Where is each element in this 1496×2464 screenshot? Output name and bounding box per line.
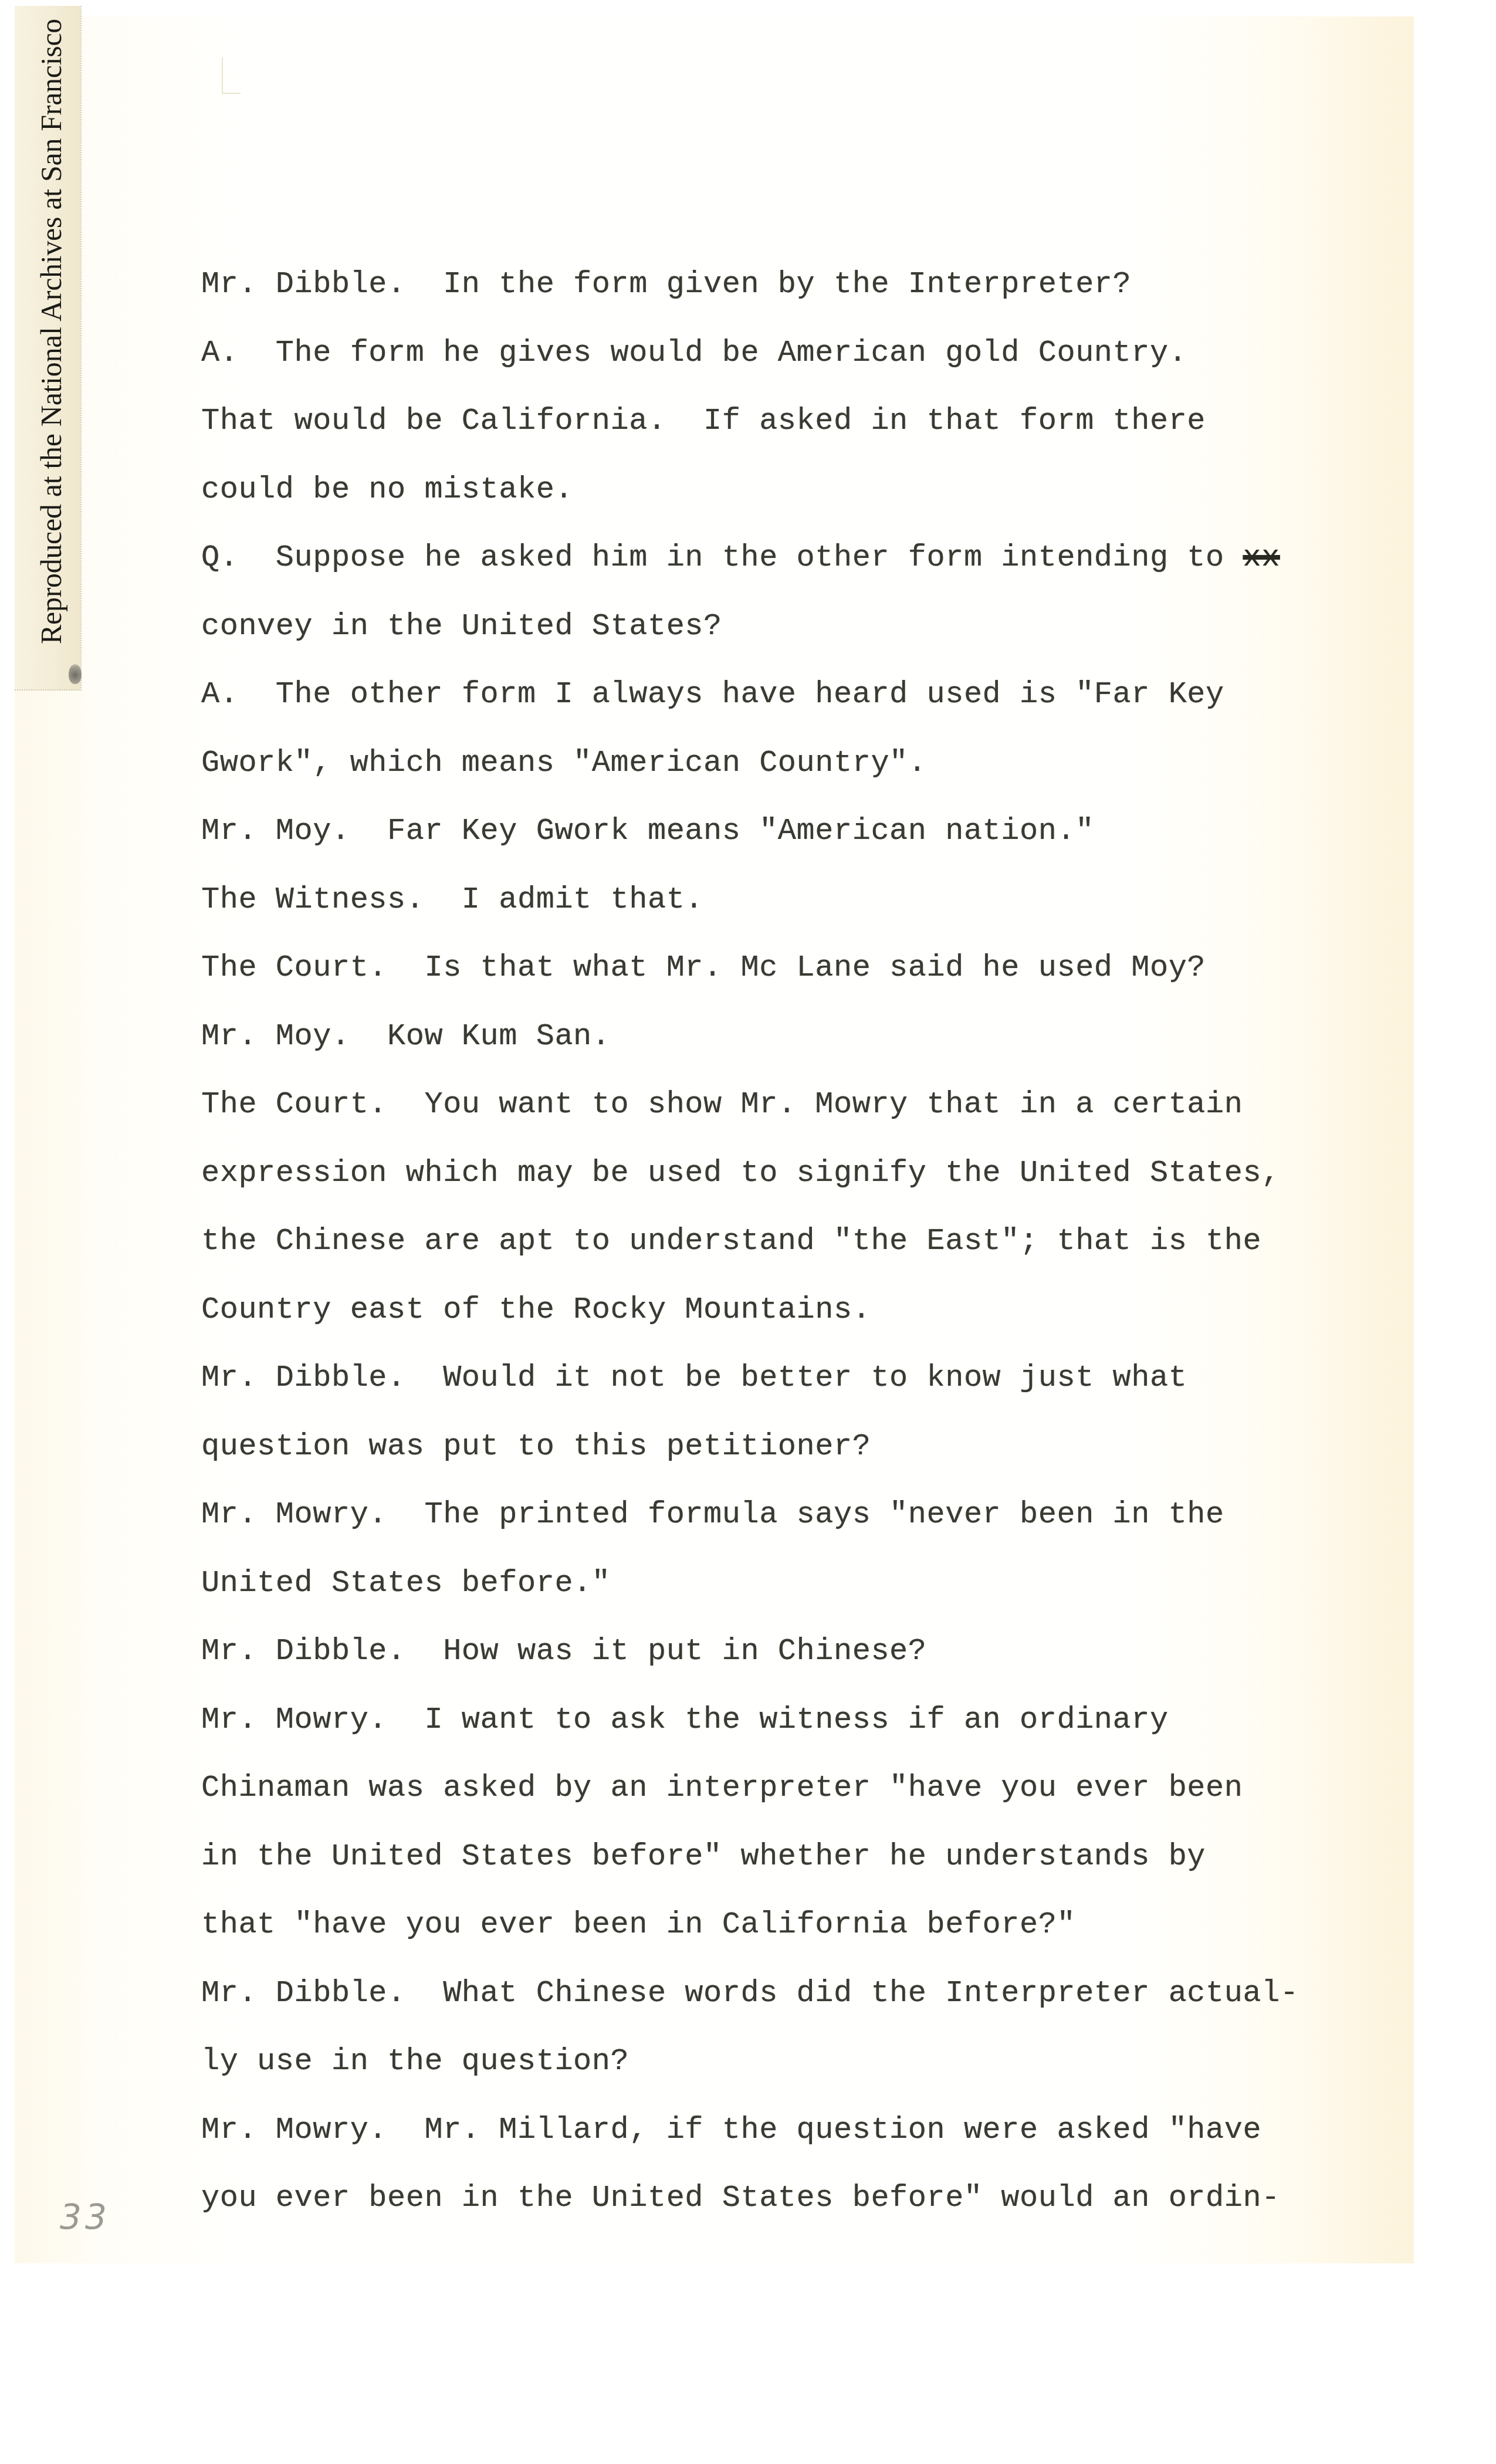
- transcript-line: convey in the United States?: [201, 609, 1299, 678]
- transcript-line: Mr. Mowry. I want to ask the witness if …: [201, 1703, 1299, 1771]
- transcript-line: That would be California. If asked in th…: [201, 404, 1299, 472]
- transcript-line: Q. Suppose he asked him in the other for…: [201, 540, 1299, 609]
- handwritten-corner-mark: [222, 57, 241, 94]
- transcript-line: Mr. Mowry. The printed formula says "nev…: [201, 1497, 1299, 1566]
- transcript-line: Gwork", which means "American Country".: [201, 746, 1299, 814]
- tape-blemish: [69, 664, 82, 684]
- transcript-line: Mr. Mowry. Mr. Millard, if the question …: [201, 2113, 1299, 2181]
- transcript-line: Chinaman was asked by an interpreter "ha…: [201, 1771, 1299, 1839]
- transcript-body: Mr. Dibble. In the form given by the Int…: [201, 267, 1299, 2249]
- handwritten-page-number: 33: [60, 2197, 110, 2237]
- transcript-line: A. The other form I always have heard us…: [201, 677, 1299, 746]
- transcript-line: you ever been in the United States befor…: [201, 2181, 1299, 2249]
- transcript-line: The Witness. I admit that.: [201, 882, 1299, 951]
- transcript-line-text: Q. Suppose he asked him in the other for…: [201, 540, 1224, 575]
- transcript-line: expression which may be used to signify …: [201, 1156, 1299, 1224]
- transcript-line: A. The form he gives would be American g…: [201, 336, 1299, 404]
- transcript-line: could be no mistake.: [201, 472, 1299, 541]
- transcript-line: The Court. You want to show Mr. Mowry th…: [201, 1087, 1299, 1156]
- struck-out-text: xx: [1243, 540, 1280, 575]
- transcript-line: Mr. Dibble. In the form given by the Int…: [201, 267, 1299, 336]
- transcript-line: Mr. Dibble. Would it not be better to kn…: [201, 1360, 1299, 1429]
- transcript-line: Mr. Dibble. How was it put in Chinese?: [201, 1634, 1299, 1703]
- transcript-line: Country east of the Rocky Mountains.: [201, 1292, 1299, 1361]
- transcript-line: United States before.": [201, 1566, 1299, 1634]
- transcript-line: Mr. Dibble. What Chinese words did the I…: [201, 1976, 1299, 2045]
- transcript-line: the Chinese are apt to understand "the E…: [201, 1224, 1299, 1292]
- transcript-line: Mr. Moy. Kow Kum San.: [201, 1019, 1299, 1088]
- transcript-line: that "have you ever been in California b…: [201, 1907, 1299, 1976]
- transcript-line: ly use in the question?: [201, 2044, 1299, 2113]
- transcript-line: question was put to this petitioner?: [201, 1429, 1299, 1498]
- archive-stamp-text: Reproduced at the National Archives at S…: [34, 19, 68, 644]
- archive-stamp-strip: Reproduced at the National Archives at S…: [15, 6, 82, 691]
- transcript-line: Mr. Moy. Far Key Gwork means "American n…: [201, 814, 1299, 882]
- transcript-line: The Court. Is that what Mr. Mc Lane said…: [201, 950, 1299, 1019]
- transcript-line: in the United States before" whether he …: [201, 1839, 1299, 1908]
